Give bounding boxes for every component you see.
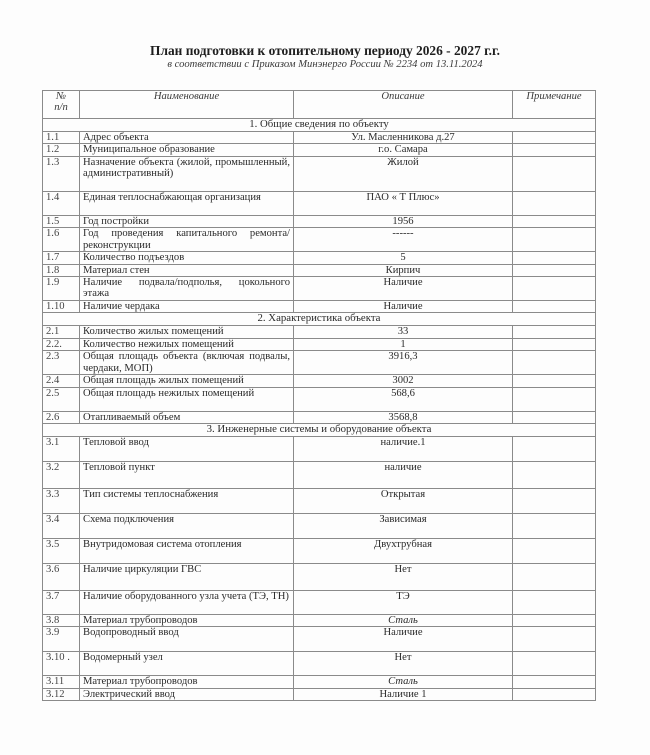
row-description: 3002 bbox=[294, 375, 513, 387]
table-row: 1.3Назначение объекта (жилой, промышленн… bbox=[43, 156, 596, 191]
row-number: 3.5 bbox=[43, 539, 80, 564]
row-note bbox=[513, 688, 596, 700]
row-description: Ул. Масленникова д.27 bbox=[294, 132, 513, 144]
row-number: 3.9 bbox=[43, 627, 80, 652]
row-number: 3.3 bbox=[43, 489, 80, 514]
row-name: Год проведения капитального ремонта/реко… bbox=[80, 228, 294, 252]
row-name: Наличие оборудованного узла учета (ТЭ, Т… bbox=[80, 591, 294, 615]
row-name: Водопроводный ввод bbox=[80, 627, 294, 652]
row-note bbox=[513, 591, 596, 615]
row-description: наличие.1 bbox=[294, 437, 513, 462]
table-row: 1.4Единая теплоснабжающая организацияПАО… bbox=[43, 191, 596, 215]
row-name: Единая теплоснабжающая организация bbox=[80, 191, 294, 215]
row-note bbox=[513, 191, 596, 215]
table-row: 3.2Тепловой пунктналичие bbox=[43, 462, 596, 489]
row-name: Адрес объекта bbox=[80, 132, 294, 144]
row-note bbox=[513, 277, 596, 301]
row-description: Наличие 1 bbox=[294, 688, 513, 700]
row-number: 1.4 bbox=[43, 191, 80, 215]
row-description: Двухтрубная bbox=[294, 539, 513, 564]
row-description: 568,6 bbox=[294, 387, 513, 411]
table-row: 1.2Муниципальное образованиег.о. Самара bbox=[43, 144, 596, 156]
table-row: 3.1Тепловой вводналичие.1 bbox=[43, 437, 596, 462]
table-row: 3.3Тип системы теплоснабженияОткрытая bbox=[43, 489, 596, 514]
row-note bbox=[513, 375, 596, 387]
row-note bbox=[513, 437, 596, 462]
row-description: ПАО « Т Плюс» bbox=[294, 191, 513, 215]
row-description: Наличие bbox=[294, 627, 513, 652]
row-note bbox=[513, 411, 596, 423]
row-number: 2.3 bbox=[43, 351, 80, 375]
table-row: 3.11Материал трубопроводовСталь bbox=[43, 676, 596, 688]
row-note bbox=[513, 301, 596, 313]
table-row: 3.9Водопроводный вводНаличие bbox=[43, 627, 596, 652]
row-note bbox=[513, 652, 596, 676]
table-row: 1.10Наличие чердакаНаличие bbox=[43, 301, 596, 313]
row-number: 3.8 bbox=[43, 615, 80, 627]
row-number: 3.11 bbox=[43, 676, 80, 688]
table-row: 2.1Количество жилых помещений33 bbox=[43, 326, 596, 338]
row-number: 1.6 bbox=[43, 228, 80, 252]
heating-plan-table: №п/п Наименование Описание Примечание 1.… bbox=[42, 90, 596, 701]
section-title: 3. Инженерные системы и оборудование объ… bbox=[43, 424, 596, 437]
section-header-row: 1. Общие сведения по объекту bbox=[43, 119, 596, 132]
row-name: Общая площадь жилых помещений bbox=[80, 375, 294, 387]
row-number: 1.8 bbox=[43, 264, 80, 276]
row-name: Общая площадь объекта (включая подвалы, … bbox=[80, 351, 294, 375]
table-row: 2.4Общая площадь жилых помещений3002 bbox=[43, 375, 596, 387]
table-row: 3.12Электрический вводНаличие 1 bbox=[43, 688, 596, 700]
row-number: 1.9 bbox=[43, 277, 80, 301]
row-number: 1.5 bbox=[43, 215, 80, 227]
row-note bbox=[513, 564, 596, 591]
row-description: 3568,8 bbox=[294, 411, 513, 423]
row-number: 1.7 bbox=[43, 252, 80, 264]
row-number: 1.1 bbox=[43, 132, 80, 144]
row-name: Электрический ввод bbox=[80, 688, 294, 700]
table-row: 3.8Материал трубопроводовСталь bbox=[43, 615, 596, 627]
row-note bbox=[513, 326, 596, 338]
row-description: 1 bbox=[294, 338, 513, 350]
table-row: 2.6Отапливаемый объем3568,8 bbox=[43, 411, 596, 423]
row-description: Нет bbox=[294, 564, 513, 591]
table-header-row: №п/п Наименование Описание Примечание bbox=[43, 91, 596, 119]
row-note bbox=[513, 627, 596, 652]
row-description: Сталь bbox=[294, 615, 513, 627]
row-number: 3.4 bbox=[43, 514, 80, 539]
row-description: Открытая bbox=[294, 489, 513, 514]
row-note bbox=[513, 351, 596, 375]
row-name: Наличие циркуляции ГВС bbox=[80, 564, 294, 591]
row-name: Материал трубопроводов bbox=[80, 676, 294, 688]
row-description: Зависимая bbox=[294, 514, 513, 539]
row-description: ------ bbox=[294, 228, 513, 252]
row-name: Общая площадь нежилых помещений bbox=[80, 387, 294, 411]
row-number: 3.2 bbox=[43, 462, 80, 489]
document-subtitle: в соответствии с Приказом Минэнерго Росс… bbox=[0, 59, 650, 70]
row-name: Тип системы теплоснабжения bbox=[80, 489, 294, 514]
row-note bbox=[513, 228, 596, 252]
row-number: 1.2 bbox=[43, 144, 80, 156]
table-row: 1.7Количество подъездов5 bbox=[43, 252, 596, 264]
row-number: 3.6 bbox=[43, 564, 80, 591]
row-note bbox=[513, 132, 596, 144]
table-row: 2.5Общая площадь нежилых помещений568,6 bbox=[43, 387, 596, 411]
document-title: План подготовки к отопительному периоду … bbox=[0, 43, 650, 59]
row-name: Материал трубопроводов bbox=[80, 615, 294, 627]
row-description: Наличие bbox=[294, 277, 513, 301]
row-name: Внутридомовая система отопления bbox=[80, 539, 294, 564]
row-name: Тепловой ввод bbox=[80, 437, 294, 462]
row-name: Отапливаемый объем bbox=[80, 411, 294, 423]
row-name: Назначение объекта (жилой, промышленный,… bbox=[80, 156, 294, 191]
section-header-row: 3. Инженерные системы и оборудование объ… bbox=[43, 424, 596, 437]
table-row: 2.3Общая площадь объекта (включая подвал… bbox=[43, 351, 596, 375]
row-note bbox=[513, 156, 596, 191]
row-number: 2.4 bbox=[43, 375, 80, 387]
row-number: 3.12 bbox=[43, 688, 80, 700]
row-name: Количество нежилых помещений bbox=[80, 338, 294, 350]
row-description: Нет bbox=[294, 652, 513, 676]
row-note bbox=[513, 676, 596, 688]
header-num: №п/п bbox=[43, 91, 80, 119]
row-note bbox=[513, 252, 596, 264]
row-name: Наличие чердака bbox=[80, 301, 294, 313]
row-number: 1.3 bbox=[43, 156, 80, 191]
header-note: Примечание bbox=[513, 91, 596, 119]
row-name: Количество жилых помещений bbox=[80, 326, 294, 338]
row-number: 2.1 bbox=[43, 326, 80, 338]
row-name: Тепловой пункт bbox=[80, 462, 294, 489]
row-description: Сталь bbox=[294, 676, 513, 688]
table-row: 1.8Материал стенКирпич bbox=[43, 264, 596, 276]
table-row: 1.1Адрес объектаУл. Масленникова д.27 bbox=[43, 132, 596, 144]
table-row: 1.5Год постройки1956 bbox=[43, 215, 596, 227]
row-note bbox=[513, 387, 596, 411]
table-row: 1.6Год проведения капитального ремонта/р… bbox=[43, 228, 596, 252]
section-title: 1. Общие сведения по объекту bbox=[43, 119, 596, 132]
table-row: 3.5Внутридомовая система отопленияДвухтр… bbox=[43, 539, 596, 564]
section-header-row: 2. Характеристика объекта bbox=[43, 313, 596, 326]
header-description: Описание bbox=[294, 91, 513, 119]
row-name: Схема подключения bbox=[80, 514, 294, 539]
row-note bbox=[513, 338, 596, 350]
row-description: 3916,3 bbox=[294, 351, 513, 375]
table-row: 3.6Наличие циркуляции ГВСНет bbox=[43, 564, 596, 591]
row-number: 2.2. bbox=[43, 338, 80, 350]
row-note bbox=[513, 615, 596, 627]
row-note bbox=[513, 489, 596, 514]
table-row: 3.10 .Водомерный узелНет bbox=[43, 652, 596, 676]
row-description: Наличие bbox=[294, 301, 513, 313]
row-description: Жилой bbox=[294, 156, 513, 191]
table-row: 2.2.Количество нежилых помещений1 bbox=[43, 338, 596, 350]
row-name: Наличие подвала/подполья, цокольного эта… bbox=[80, 277, 294, 301]
row-number: 2.5 bbox=[43, 387, 80, 411]
row-name: Водомерный узел bbox=[80, 652, 294, 676]
row-note bbox=[513, 264, 596, 276]
row-description: 33 bbox=[294, 326, 513, 338]
row-note bbox=[513, 514, 596, 539]
row-note bbox=[513, 144, 596, 156]
row-number: 3.1 bbox=[43, 437, 80, 462]
table-row: 3.4Схема подключенияЗависимая bbox=[43, 514, 596, 539]
table-row: 3.7Наличие оборудованного узла учета (ТЭ… bbox=[43, 591, 596, 615]
row-note bbox=[513, 462, 596, 489]
row-note bbox=[513, 215, 596, 227]
header-name: Наименование bbox=[80, 91, 294, 119]
row-note bbox=[513, 539, 596, 564]
row-name: Количество подъездов bbox=[80, 252, 294, 264]
row-number: 3.10 . bbox=[43, 652, 80, 676]
row-description: наличие bbox=[294, 462, 513, 489]
section-title: 2. Характеристика объекта bbox=[43, 313, 596, 326]
row-description: 5 bbox=[294, 252, 513, 264]
row-name: Год постройки bbox=[80, 215, 294, 227]
row-name: Материал стен bbox=[80, 264, 294, 276]
row-description: ТЭ bbox=[294, 591, 513, 615]
table-row: 1.9Наличие подвала/подполья, цокольного … bbox=[43, 277, 596, 301]
row-number: 2.6 bbox=[43, 411, 80, 423]
row-number: 1.10 bbox=[43, 301, 80, 313]
row-number: 3.7 bbox=[43, 591, 80, 615]
row-name: Муниципальное образование bbox=[80, 144, 294, 156]
row-description: 1956 bbox=[294, 215, 513, 227]
row-description: Кирпич bbox=[294, 264, 513, 276]
row-description: г.о. Самара bbox=[294, 144, 513, 156]
